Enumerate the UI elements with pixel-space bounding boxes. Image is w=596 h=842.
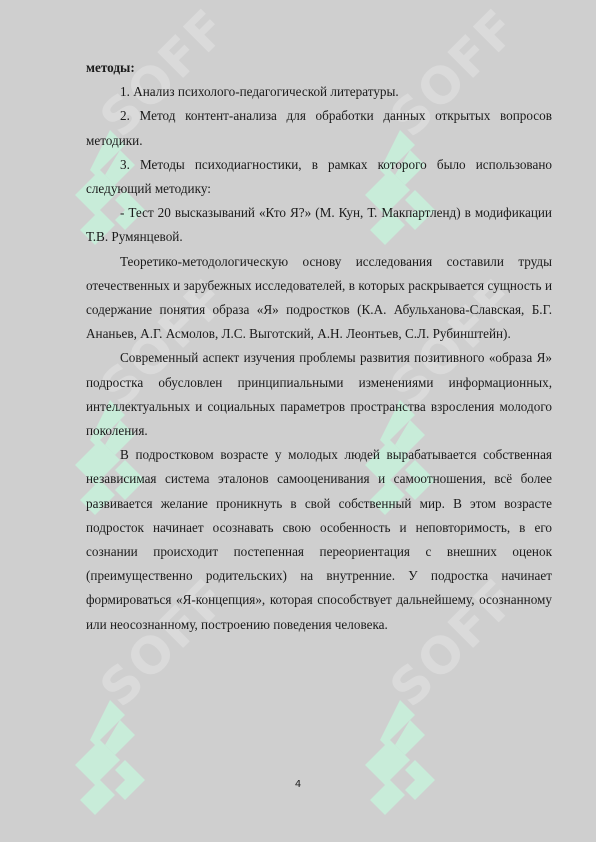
paragraph: 1. Анализ психолого-педагогической литер… <box>86 80 552 104</box>
watermark: SOFF <box>360 620 560 820</box>
paragraph: 3. Методы психодиагностики, в рамках кот… <box>86 153 552 201</box>
document-body: методы: 1. Анализ психолого-педагогическ… <box>86 56 552 637</box>
watermark: SOFF <box>70 620 270 820</box>
paragraph: Современный аспект изучения проблемы раз… <box>86 346 552 443</box>
section-heading: методы: <box>86 56 552 80</box>
paragraph: Теоретико-методологическую основу исслед… <box>86 250 552 347</box>
paragraph: 2. Метод контент-анализа для обработки д… <box>86 104 552 152</box>
paragraph: - Тест 20 высказываний «Кто Я?» (М. Кун,… <box>86 201 552 249</box>
watermark-logo-icon <box>70 700 150 820</box>
page-number: 4 <box>0 779 596 790</box>
paragraph: В подростковом возрасте у молодых людей … <box>86 443 552 637</box>
watermark-logo-icon <box>360 700 440 820</box>
